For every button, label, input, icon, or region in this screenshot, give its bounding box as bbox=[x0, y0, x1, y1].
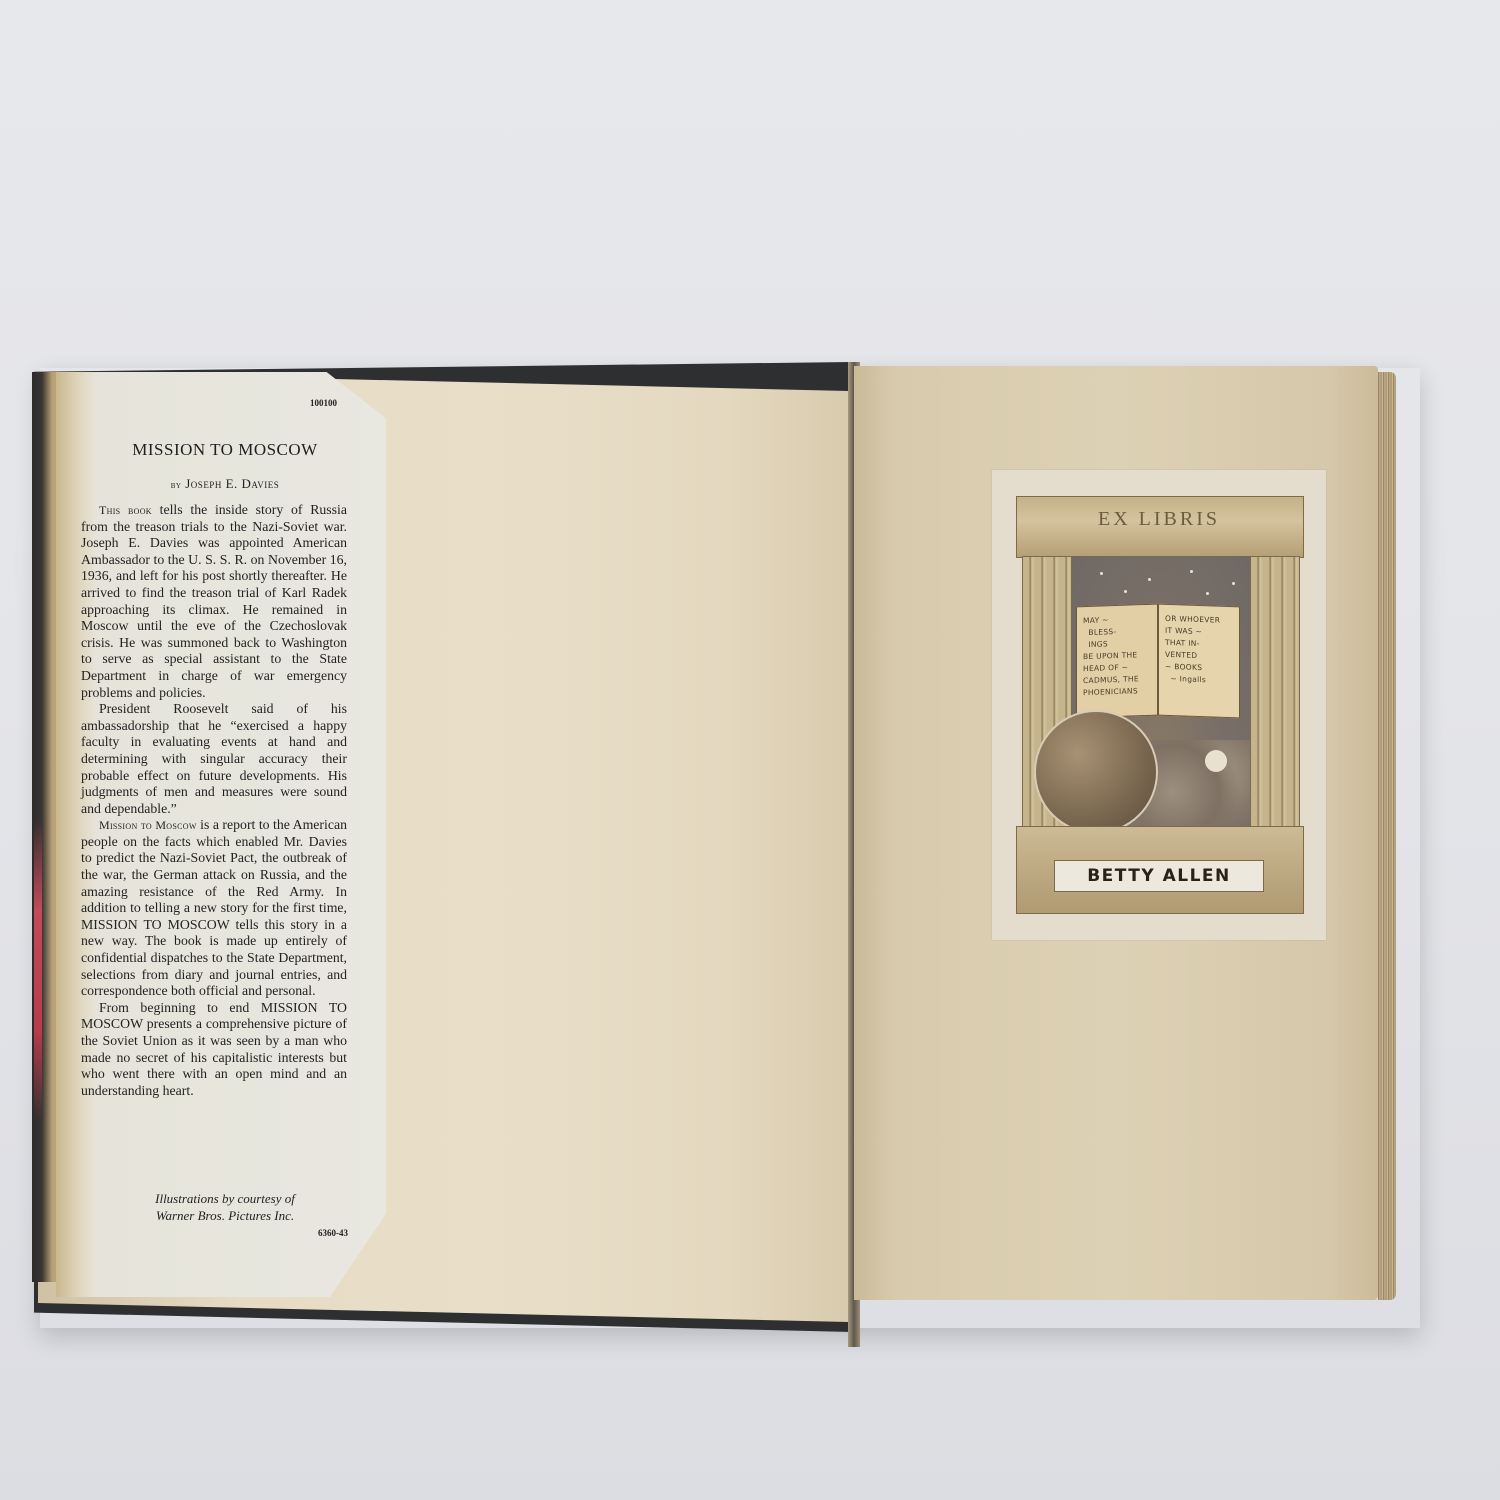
flap-code-bottom: 6360-43 bbox=[318, 1228, 348, 1238]
author-name: Joseph E. Davies bbox=[185, 476, 279, 491]
credit-line-1: Illustrations by courtesy of bbox=[110, 1190, 340, 1207]
star-icon bbox=[1100, 572, 1103, 575]
bookplate-open-book-right-page: OR WHOEVER IT WAS ~ THAT IN- VENTED ~ BO… bbox=[1158, 604, 1240, 719]
blurb-text: From beginning to end MISSION TO MOSCOW … bbox=[81, 1000, 347, 1098]
star-icon bbox=[1148, 578, 1151, 581]
globe-icon bbox=[1034, 710, 1158, 834]
star-icon bbox=[1190, 570, 1193, 573]
star-icon bbox=[1232, 582, 1235, 585]
blurb-text: is a report to the American people on th… bbox=[81, 817, 347, 998]
blurb-paragraph: Mission to Moscow is a report to the Ame… bbox=[81, 817, 347, 1000]
flap-author: by Joseph E. Davies bbox=[100, 476, 350, 492]
blurb-lead: Mission to Moscow bbox=[99, 818, 197, 832]
blurb-lead: This book bbox=[99, 503, 152, 517]
bookplate-quote-left: MAY ~ BLESS- INGS BE UPON THE HEAD OF ~ … bbox=[1077, 605, 1157, 700]
flap-code-top: 100100 bbox=[310, 398, 337, 408]
star-icon bbox=[1124, 590, 1127, 593]
bookplate-owner-name: BETTY ALLEN bbox=[1054, 860, 1264, 892]
flap-credit: Illustrations by courtesy of Warner Bros… bbox=[110, 1190, 340, 1224]
blurb-paragraph: From beginning to end MISSION TO MOSCOW … bbox=[81, 1000, 347, 1100]
credit-line-2: Warner Bros. Pictures Inc. bbox=[110, 1207, 340, 1224]
star-icon bbox=[1206, 592, 1209, 595]
flap-blurb: This book tells the inside story of Russ… bbox=[81, 502, 347, 1099]
dust-jacket-red-accent bbox=[34, 820, 42, 1120]
moon-icon bbox=[1205, 750, 1227, 772]
blurb-text: President Roosevelt said of his ambassad… bbox=[81, 701, 347, 816]
blurb-text: tells the inside story of Russia from th… bbox=[81, 502, 347, 700]
flap-title: MISSION TO MOSCOW bbox=[100, 440, 350, 460]
page-edges bbox=[1378, 372, 1396, 1300]
bookplate-quote-right: OR WHOEVER IT WAS ~ THAT IN- VENTED ~ BO… bbox=[1159, 605, 1239, 688]
bookplate-column-right bbox=[1250, 556, 1300, 828]
bookplate-open-book-left-page: MAY ~ BLESS- INGS BE UPON THE HEAD OF ~ … bbox=[1076, 604, 1158, 719]
ex-libris-heading: EX LIBRIS bbox=[1016, 508, 1302, 531]
blurb-paragraph: President Roosevelt said of his ambassad… bbox=[81, 701, 347, 817]
blurb-paragraph: This book tells the inside story of Russ… bbox=[81, 502, 347, 701]
author-prefix: by bbox=[171, 480, 182, 491]
